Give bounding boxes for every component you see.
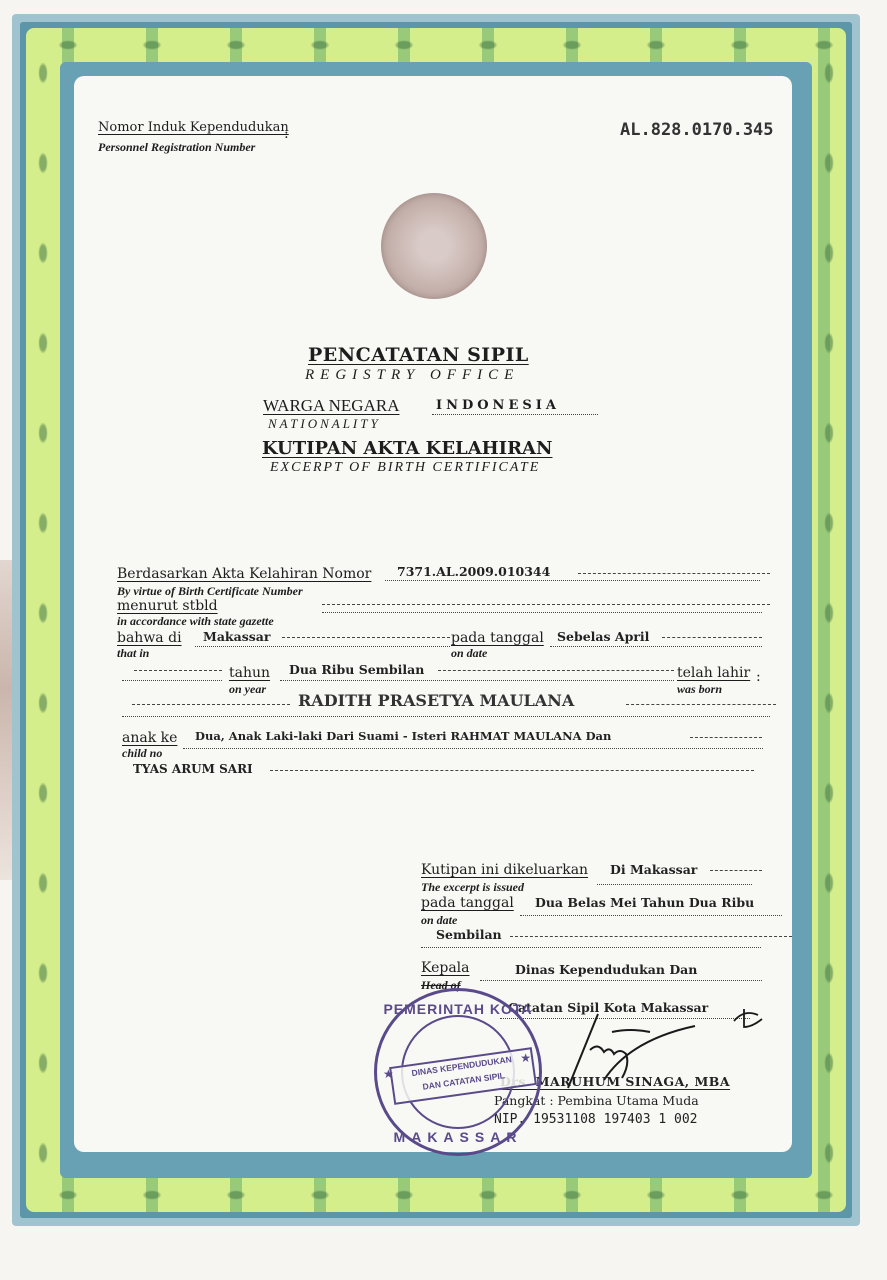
issued-date-line2: Sembilan — [436, 927, 502, 942]
child-no-label-en: child no — [122, 746, 162, 761]
head-label: Kepala — [421, 960, 470, 976]
document-title-en: EXCERPT OF BIRTH CERTIFICATE — [270, 460, 540, 476]
initial-mark — [730, 1005, 766, 1031]
stamp-top-text: PEMERINTAH KOTA — [377, 1001, 539, 1017]
year-value: Dua Ribu Sembilan — [289, 662, 424, 677]
issued-label: Kutipan ini dikeluarkan — [421, 862, 588, 878]
child-no-dotted-line — [183, 748, 763, 749]
year-dotted-line — [280, 680, 674, 681]
child-name-dotted-line — [122, 716, 770, 717]
nik-colon: : — [284, 126, 289, 142]
mother-name-dash — [270, 770, 754, 771]
registration-number: AL.828.0170.345 — [620, 120, 774, 140]
issued-date-line2-dash — [510, 936, 792, 937]
date-dash — [662, 637, 762, 638]
child-no-value: Dua, Anak Laki-laki Dari Suami - Isteri … — [195, 729, 611, 743]
stbld-dash — [322, 604, 770, 605]
issued-date-dotted-line — [520, 915, 782, 916]
nationality-label-en: NATIONALITY — [268, 416, 381, 432]
issued-date-label: pada tanggal — [421, 895, 514, 911]
head-office-line1: Dinas Kependudukan Dan — [515, 962, 697, 977]
year-dash — [438, 670, 674, 671]
cert-number-value: 7371.AL.2009.010344 — [397, 564, 550, 579]
stbld-dotted-line — [322, 612, 762, 613]
nik-label-en: Personnel Registration Number — [98, 140, 255, 155]
place-dotted-line — [195, 646, 450, 647]
place-dash — [282, 637, 450, 638]
embossed-seal — [381, 193, 487, 299]
cert-number-dash — [578, 573, 770, 574]
nik-label: Nomor Induk Kependudukan — [98, 120, 289, 135]
child-name-trailing-dash — [626, 704, 776, 705]
cert-number-dotted-line — [385, 580, 760, 581]
year-label-en: on year — [229, 682, 266, 697]
office-title: PENCATATAN SIPIL — [308, 344, 529, 366]
date-label: pada tanggal — [451, 630, 544, 646]
place-label-en: that in — [117, 646, 149, 661]
official-stamp: PEMERINTAH KOTA DINAS KEPENDUDUKAN DAN C… — [374, 988, 542, 1156]
born-label-en: was born — [677, 682, 722, 697]
nationality-dotted-line — [432, 414, 598, 415]
year-leading-dash — [134, 670, 222, 671]
place-value: Makassar — [203, 629, 270, 644]
issued-place-dash — [710, 870, 762, 871]
child-no-label: anak ke — [122, 730, 177, 746]
nationality-label: WARGA NEGARA — [263, 396, 399, 416]
issued-date-label-en: on date — [421, 913, 457, 928]
mother-name: TYAS ARUM SARI — [133, 762, 253, 776]
stamp-bottom-text: MAKASSAR — [377, 1129, 539, 1145]
date-dotted-line — [550, 646, 762, 647]
nationality-value: INDONESIA — [436, 398, 560, 413]
date-label-en: on date — [451, 646, 487, 661]
child-name-leading-dash — [132, 704, 290, 705]
issued-place-dotted-line — [597, 884, 752, 885]
signature — [560, 1010, 700, 1090]
date-value: Sebelas April — [557, 629, 649, 644]
cert-number-label: Berdasarkan Akta Kelahiran Nomor — [117, 566, 371, 582]
year-leading-dotted-line — [122, 680, 222, 681]
cert-number-label-en: By virtue of Birth Certificate Number — [117, 584, 303, 599]
stamp-star-icon: ★ — [520, 1051, 531, 1065]
born-colon: : — [756, 669, 761, 685]
issued-label-en: The excerpt is issued — [421, 880, 524, 895]
child-name: RADITH PRASETYA MAULANA — [298, 691, 574, 710]
year-label: tahun — [229, 665, 270, 681]
issued-date-line2-dotted-line — [421, 947, 761, 948]
issued-place: Di Makassar — [610, 862, 697, 877]
stamp-star-icon: ★ — [383, 1067, 394, 1081]
office-title-en: REGISTRY OFFICE — [305, 367, 519, 384]
stbld-label-en: in accordance with state gazette — [117, 614, 274, 629]
place-label: bahwa di — [117, 630, 182, 646]
born-label: telah lahir — [677, 665, 750, 681]
stbld-label: menurut stbld — [117, 598, 218, 614]
issued-date-line1: Dua Belas Mei Tahun Dua Ribu — [535, 895, 754, 910]
head-office-dotted-line — [480, 980, 762, 981]
document-title: KUTIPAN AKTA KELAHIRAN — [262, 438, 552, 459]
child-no-dash — [690, 737, 762, 738]
